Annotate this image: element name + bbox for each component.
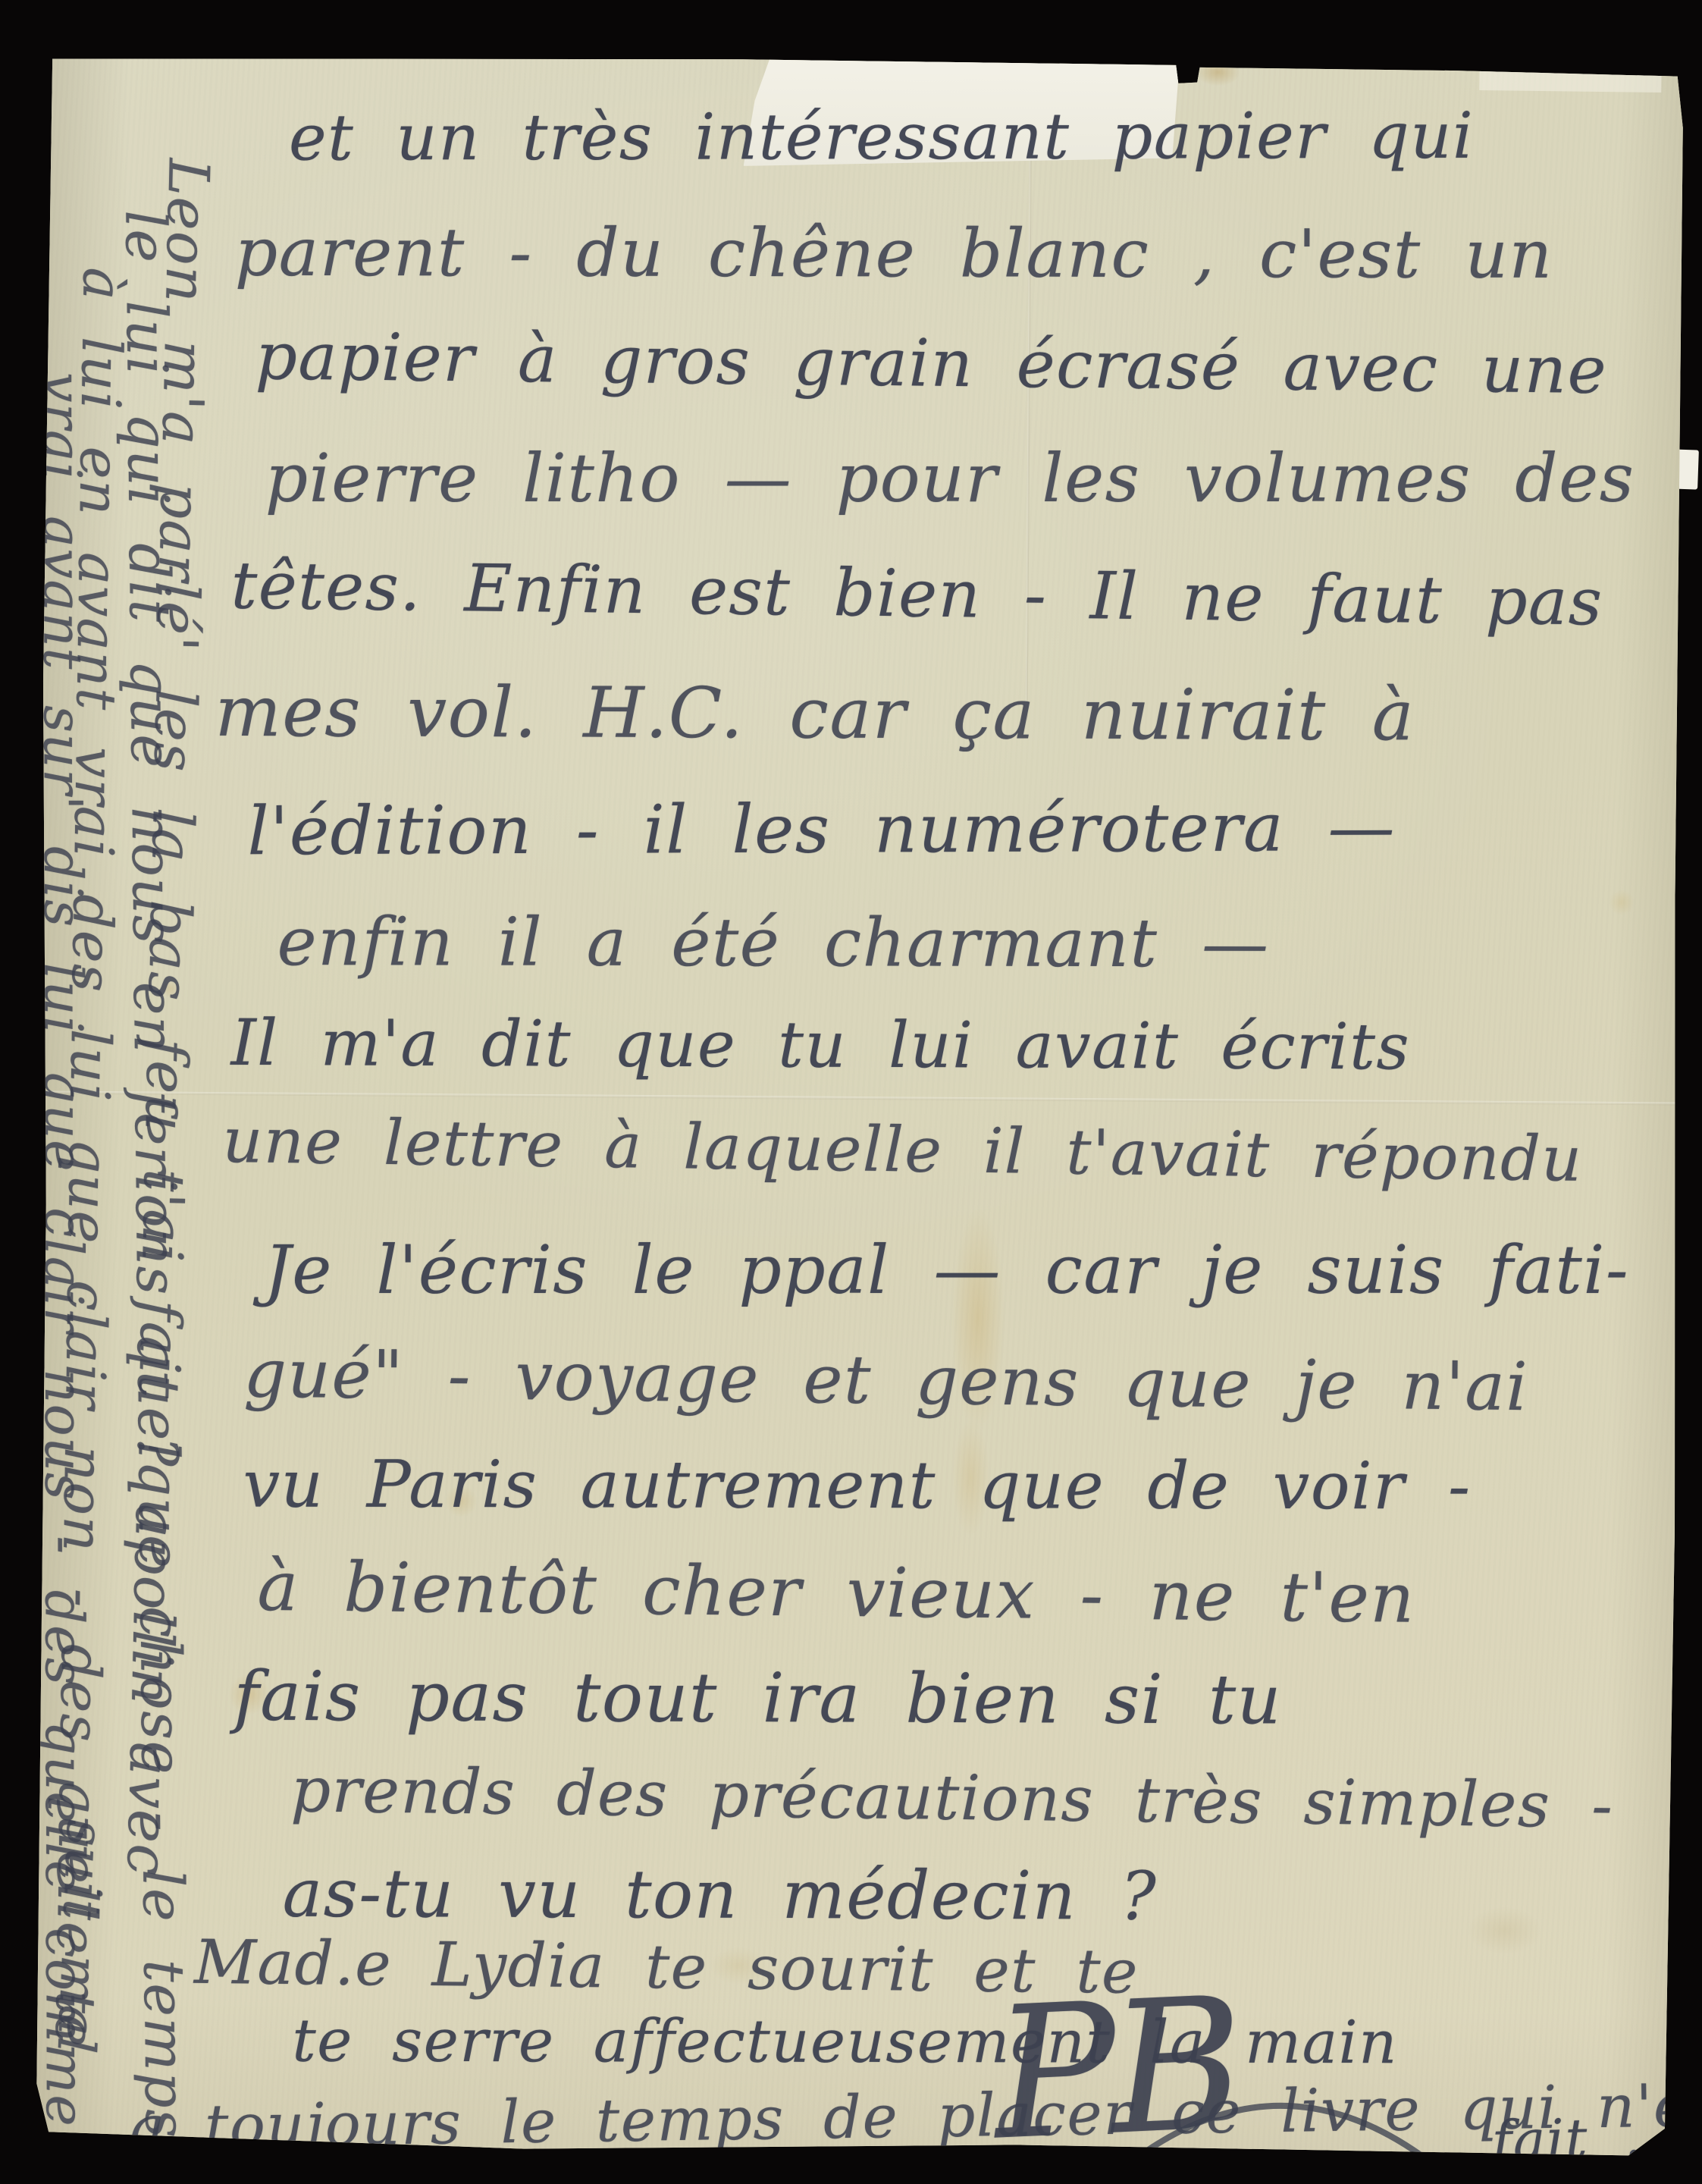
handwritten-margin-line: suit mal: [49, 1818, 110, 2055]
handwritten-line: l'édition - il les numérotera —: [247, 794, 1396, 864]
handwritten-line: à bientôt cher vieux - ne t'en: [257, 1553, 1415, 1633]
handwritten-line: Il m'a dit que tu lui avait écrits: [230, 1011, 1410, 1078]
handwritten-line: et un très intéressant papier qui: [289, 104, 1474, 170]
handwritten-line: prends des précautions très simples -: [290, 1759, 1614, 1837]
handwritten-line: Je l'écris le ppal — car je suis fati-: [264, 1237, 1629, 1304]
handwritten-line: as-tu vu ton médecin ?: [283, 1860, 1158, 1930]
handwritten-footer-line: a toujours le temps de placer ce livre q…: [129, 2070, 1702, 2157]
handwritten-line: fais pas tout ira bien si tu: [234, 1663, 1282, 1735]
handwritten-line: Mad.e Lydia te sourit et te: [194, 1932, 1139, 2003]
handwritten-line: têtes. Enfin est bien - Il ne faut pas: [230, 553, 1603, 635]
handwriting-layer: PB et un très intéressant papier quipare…: [32, 53, 1685, 2157]
handwritten-line: parent - du chêne blanc , c'est un: [235, 219, 1553, 288]
handwritten-line: te serre affectueusement la main: [292, 2012, 1398, 2073]
handwritten-line: pierre litho — pour les volumes des: [265, 445, 1635, 512]
handwritten-line: papier à gros grain écrasé avec une: [255, 324, 1607, 403]
handwritten-footer-line: fait .: [1491, 2110, 1644, 2169]
letter-paper: PB et un très intéressant papier quipare…: [32, 53, 1685, 2157]
photo-background: PB et un très intéressant papier quipare…: [0, 0, 1702, 2184]
handwritten-line: mes vol. H.C. car ça nuirait à: [215, 677, 1415, 752]
handwritten-line: gué" - voyage et gens que je n'ai: [243, 1340, 1528, 1420]
handwritten-line: vu Paris autrement que de voir -: [243, 1452, 1471, 1520]
handwritten-line: enfin il a été charmant —: [277, 908, 1269, 977]
handwritten-line: une lettre à laquelle il t'avait répondu: [222, 1110, 1583, 1191]
